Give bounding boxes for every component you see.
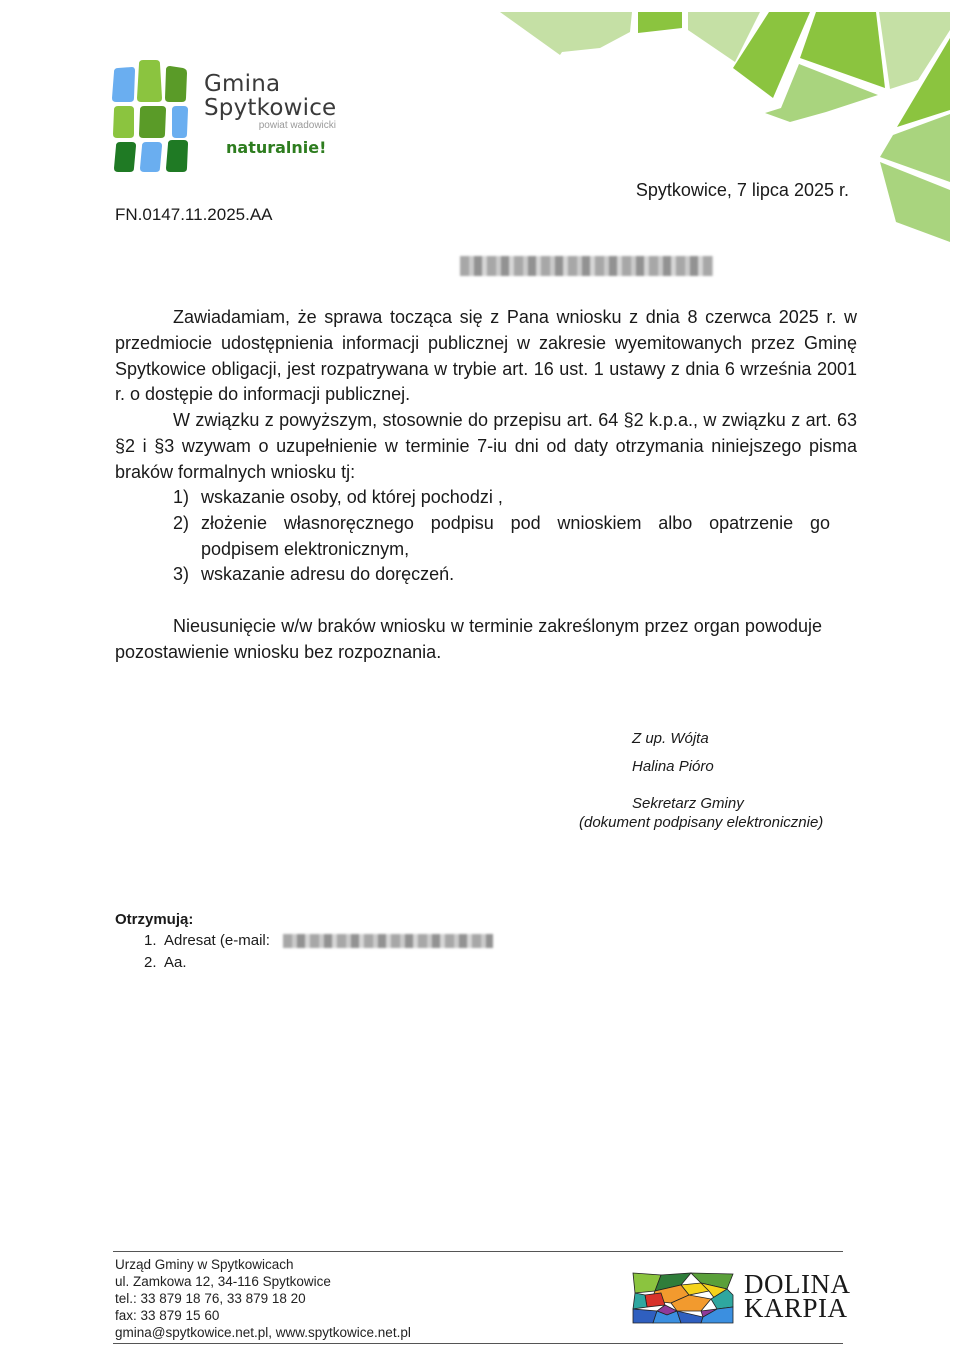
partner-logo-line2: KARPIA — [744, 1296, 850, 1320]
paragraph-consequence: Nieusunięcie w/w braków wniosku w termin… — [115, 614, 822, 666]
footer-office: Urząd Gminy w Spytkowicach — [115, 1256, 411, 1273]
redacted-email — [283, 934, 493, 948]
place-and-date: Spytkowice, 7 lipca 2025 r. — [636, 180, 849, 201]
logo-title-line1: Gmina — [204, 72, 336, 96]
dolina-karpia-logo-text: DOLINA KARPIA — [744, 1272, 850, 1320]
redacted-recipient-address — [460, 256, 713, 276]
footer-top-divider — [113, 1251, 843, 1252]
list-item-number: 2) — [173, 511, 201, 563]
signature-authority: Z up. Wójta — [632, 730, 709, 747]
list-item-text: złożenie własnoręcznego podpisu pod wnio… — [201, 511, 830, 563]
signature-position: Sekretarz Gminy — [632, 795, 744, 812]
recipient-item: 2. Aa. — [144, 954, 187, 971]
footer-bottom-divider — [113, 1343, 843, 1344]
footer-fax: fax: 33 879 15 60 — [115, 1307, 411, 1324]
gmina-logo-text: Gmina Spytkowice powiat wadowicki natura… — [204, 72, 336, 157]
list-item: 1) wskazanie osoby, od której pochodzi , — [173, 485, 830, 511]
footer-address: ul. Zamkowa 12, 34-116 Spytkowice — [115, 1273, 411, 1290]
list-item-number: 1) — [173, 485, 201, 511]
list-item: 3) wskazanie adresu do doręczeń. — [173, 562, 830, 588]
list-item-text: wskazanie osoby, od której pochodzi , — [201, 485, 830, 511]
footer-contact-block: Urząd Gminy w Spytkowicach ul. Zamkowa 1… — [115, 1256, 411, 1341]
footer-email-website: gmina@spytkowice.net.pl, www.spytkowice.… — [115, 1324, 411, 1341]
logo-subtitle: powiat wadowicki — [204, 120, 336, 132]
recipient-number: 1. — [144, 932, 157, 949]
paragraph-summons: W związku z powyższym, stosownie do prze… — [115, 408, 857, 485]
deficiencies-list: 1) wskazanie osoby, od której pochodzi ,… — [173, 485, 830, 588]
recipient-text: Aa. — [164, 954, 187, 971]
recipient-number: 2. — [144, 954, 157, 971]
list-item: 2) złożenie własnoręcznego podpisu pod w… — [173, 511, 830, 563]
paragraph-notification: Zawiadamiam, że sprawa tocząca się z Pan… — [115, 305, 857, 408]
recipient-item: 1. Adresat (e-mail: — [144, 932, 270, 949]
list-item-number: 3) — [173, 562, 201, 588]
dolina-karpia-logo-icon — [631, 1271, 735, 1325]
list-item-text: wskazanie adresu do doręczeń. — [201, 562, 830, 588]
signature-name: Halina Pióro — [632, 758, 714, 775]
logo-slogan: naturalnie! — [226, 138, 336, 157]
reference-number: FN.0147.11.2025.AA — [115, 205, 273, 225]
recipients-heading: Otrzymują: — [115, 911, 193, 928]
gmina-logo-icon — [110, 58, 190, 173]
recipient-text: Adresat (e-mail: — [164, 932, 270, 949]
footer-phone: tel.: 33 879 18 76, 33 879 18 20 — [115, 1290, 411, 1307]
signature-note: (dokument podpisany elektronicznie) — [579, 814, 823, 831]
logo-title-line2: Spytkowice — [204, 96, 336, 120]
